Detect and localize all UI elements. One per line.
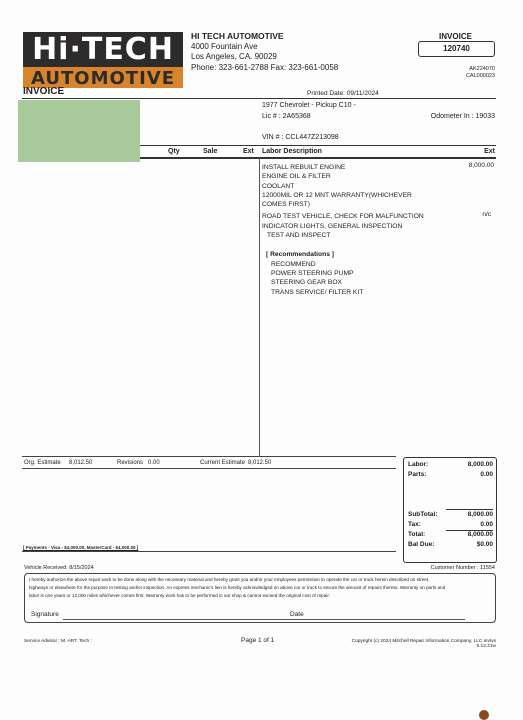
labor-ext-job2: n/c	[440, 211, 491, 218]
column-labor-description: Labor Description	[262, 148, 322, 155]
subtotal-rule	[446, 509, 493, 510]
invoice-title: INVOICE	[418, 32, 493, 41]
totals-bal-due: Bal Due: $0.00	[408, 541, 493, 548]
labor-description-list: INSTALL REBUILT ENGINE ENGINE OIL & FILT…	[262, 163, 452, 297]
parts-label: Parts:	[408, 471, 426, 478]
signature-label: Signature	[31, 611, 59, 618]
org-estimate-value: 8,012.50	[69, 460, 92, 466]
header-divider	[22, 98, 496, 99]
subtotal-label: SubTotal:	[408, 511, 438, 518]
printed-date: Printed Date: 09/11/2024	[307, 90, 379, 97]
invoice-codes: AK224070 CAL000023	[440, 66, 495, 80]
org-estimate-label: Org. Estimate	[24, 460, 61, 466]
company-address1: 4000 Fountain Ave	[191, 42, 338, 53]
labor-value: 8,000.00	[468, 461, 493, 468]
document-label: INVOICE	[23, 86, 64, 97]
vehicle-license: Lic # : 2A65368	[262, 113, 311, 120]
column-ext: Ext	[243, 148, 254, 155]
company-name: HI TECH AUTOMOTIVE	[191, 31, 338, 42]
totals-parts: Parts: 0.00	[408, 471, 493, 478]
labor-column-divider	[259, 158, 260, 456]
redacted-customer-block	[18, 100, 140, 162]
invoice-number: 120740	[418, 41, 495, 57]
recommendation-item: RECOMMEND	[271, 260, 452, 269]
vehicle-vin: VIN # : CCL447Z213098	[262, 134, 339, 141]
recommendation-item: POWER STEERING PUMP	[271, 269, 452, 278]
company-phone: Phone: 323-661-2788 Fax: 323-661-0058	[191, 63, 338, 74]
payments-rule	[22, 551, 396, 552]
totals-total: Total: 8,000.00	[408, 531, 493, 538]
logo-hitech: Hi·TECH	[23, 32, 183, 67]
recommendation-item: STEERING GEAR BOX	[271, 278, 452, 287]
column-qty: Qty	[168, 148, 180, 155]
columns-top-rule	[140, 145, 496, 146]
labor-line: TEST AND INSPECT	[267, 231, 452, 240]
totals-box: Labor: 8,000.00 Parts: 0.00 SubTotal: 8,…	[403, 457, 497, 563]
column-labor-ext: Ext	[470, 148, 495, 155]
column-sale: Sale	[203, 148, 217, 155]
company-info: HI TECH AUTOMOTIVE 4000 Fountain Ave Los…	[191, 31, 338, 73]
recommendations-title: [ Recommendations ]	[266, 250, 452, 259]
page-number: Page 1 of 1	[241, 637, 274, 644]
totals-tax: Tax: 0.00	[408, 521, 493, 528]
revisions-label: Revisions	[117, 460, 143, 466]
subtotal-value: 8,000.00	[468, 511, 493, 518]
total-value: 8,000.00	[468, 531, 493, 538]
stain-mark	[479, 710, 489, 720]
current-estimate-label: Current Estimate	[200, 460, 245, 466]
bal-due-label: Bal Due:	[408, 541, 434, 548]
payments-summary: [ Payments - Visa - $4,000.00, MasterCar…	[23, 545, 138, 550]
company-address2: Los Angeles, CA. 90029	[191, 52, 338, 63]
estimate-top-rule	[22, 456, 396, 457]
company-logo: Hi·TECH AUTOMOTIVE	[23, 32, 183, 88]
logo-automotive: AUTOMOTIVE	[23, 67, 183, 88]
columns-bottom-rule	[140, 157, 496, 159]
vehicle-odometer: Odometer In : 19033	[410, 113, 495, 120]
invoice-code-2: CAL000023	[440, 73, 495, 80]
copyright: Copyright (c) 2024 Mitchell Repair Infor…	[340, 639, 496, 649]
totals-subtotal: SubTotal: 8,000.00	[408, 511, 493, 518]
labor-ext-job1: 8,000.00	[440, 162, 494, 169]
vehicle-description: 1977 Chevrolet - Pickup C10 -	[262, 102, 356, 109]
current-estimate-value: 8,012.50	[248, 460, 271, 466]
date-line[interactable]	[307, 619, 465, 620]
labor-line: 12000MIL OR 12 MNT WARRANTY(WHICHEVER	[262, 191, 452, 200]
parts-value: 0.00	[480, 471, 493, 478]
bal-due-value: $0.00	[477, 541, 493, 548]
signature-line[interactable]	[63, 619, 307, 620]
recommendation-item: TRANS SERVICE/ FILTER KIT	[271, 288, 452, 297]
customer-number: Customer Number : 11554	[400, 565, 495, 571]
authorization-box: I hereby authorize the above repair work…	[24, 573, 496, 623]
revisions-value: 0.00	[148, 460, 160, 466]
vehicle-received: Vehicle Received: 8/15/2024	[24, 565, 94, 571]
authorization-text: I hereby authorize the above repair work…	[29, 576, 449, 600]
labor-line: COOLANT	[262, 182, 452, 191]
labor-line: INDICATOR LIGHTS, GENERAL INSPECTION	[262, 222, 452, 231]
labor-line: ENGINE OIL & FILTER	[262, 172, 452, 181]
tax-value: 0.00	[480, 521, 493, 528]
labor-line: ROAD TEST VEHICLE, CHECK FOR MALFUNCTION	[262, 212, 452, 221]
labor-line: COMES FIRST)	[262, 200, 452, 209]
totals-labor: Labor: 8,000.00	[408, 461, 493, 468]
invoice-code-1: AK224070	[440, 66, 495, 73]
total-label: Total:	[408, 531, 425, 538]
labor-line: INSTALL REBUILT ENGINE	[262, 163, 452, 172]
estimate-bottom-rule	[22, 468, 396, 469]
tax-label: Tax:	[408, 521, 421, 528]
service-advisor: Service Advisor : M. ART. Tech :	[24, 639, 92, 644]
date-label: Date	[290, 611, 304, 618]
labor-label: Labor:	[408, 461, 428, 468]
